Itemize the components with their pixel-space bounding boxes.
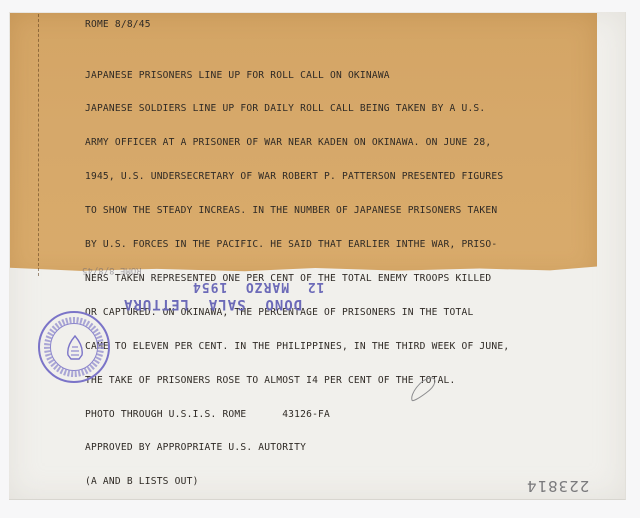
caption-body: JAPANESE PRISONERS LINE UP FOR ROLL CALL… <box>85 47 509 499</box>
caption-line: BY U.S. FORCES IN THE PACIFIC. HE SAID T… <box>85 239 509 250</box>
stamp-donation: DONO SALA LETTURA <box>123 296 302 312</box>
caption-headline: JAPANESE PRISONERS LINE UP FOR ROLL CALL… <box>85 70 509 81</box>
pencil-loop-mark-icon <box>406 374 440 404</box>
stamp-date: 12 MARZO 1954 <box>192 279 324 294</box>
lists-line: (A AND B LISTS OUT) <box>85 476 509 487</box>
approval-line: APPROVED BY APPROPRIATE U.S. AUTORITY <box>85 442 509 453</box>
caption-line: THE TAKE OF PRISONERS ROSE TO ALMOST I4 … <box>85 375 509 386</box>
caption-line: CAME TO ELEVEN PER CENT. IN THE PHILIPPI… <box>85 341 509 352</box>
caption-line: 1945, U.S. UNDERSECRETARY OF WAR ROBERT … <box>85 171 509 182</box>
library-seal-stamp <box>38 311 110 383</box>
photo-credit-line: PHOTO THROUGH U.S.I.S. ROME 43126-FA <box>85 409 509 420</box>
caption-line: ARMY OFFICER AT A PRISONER OF WAR NEAR K… <box>85 137 509 148</box>
caption-line: JAPANESE SOLDIERS LINE UP FOR DAILY ROLL… <box>85 103 509 114</box>
torch-emblem-icon <box>65 335 85 361</box>
caption-line: TO SHOW THE STEADY INCREAS. IN THE NUMBE… <box>85 205 509 216</box>
pencil-archive-number: 223814 <box>526 477 589 495</box>
margin-fold-line <box>38 14 39 276</box>
ghost-dateline-offset: ROME 8/8/45 <box>82 265 142 275</box>
caption-dateline: ROME 8/8/45 <box>85 19 151 30</box>
